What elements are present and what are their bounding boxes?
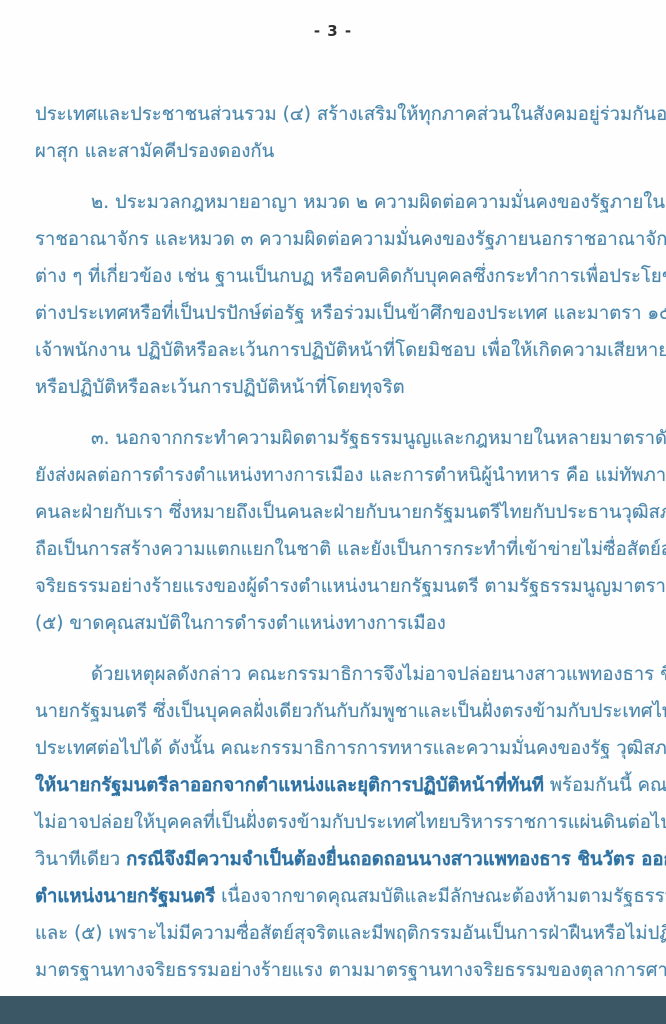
page-number: - 3 - bbox=[0, 22, 666, 40]
text-line: ๒. ประมวลกฎหมายอาญา หมวด ๒ ความผิดต่อควา… bbox=[35, 184, 640, 221]
bottom-bar bbox=[0, 996, 666, 1024]
document-body: ประเทศและประชาชนส่วนรวม (๔) สร้างเสริมให… bbox=[35, 96, 640, 1003]
text-segment: ผาสุก และสามัคคีปรองดองกัน bbox=[35, 141, 274, 162]
text-segment: นายกรัฐมนตรี ซึ่งเป็นบุคคลฝั่งเดียวกันกั… bbox=[35, 701, 666, 722]
text-line: และ (๕) เพราะไม่มีความซื่อสัตย์สุจริตและ… bbox=[35, 915, 640, 952]
text-line: มาตรฐานทางจริยธรรมอย่างร้ายแรง ตามมาตรฐา… bbox=[35, 952, 640, 989]
text-segment: ๓. นอกจากกระทำความผิดตามรัฐธรรมนูญและกฎห… bbox=[91, 428, 666, 449]
text-segment: เนื่องจากขาดคุณสมบัติและมีลักษณะต้องห้าม… bbox=[215, 886, 666, 907]
text-line: คนละฝ่ายกับเรา ซึ่งหมายถึงเป็นคนละฝ่ายกั… bbox=[35, 494, 640, 531]
text-line: ตำแหน่งนายกรัฐมนตรี เนื่องจากขาดคุณสมบัต… bbox=[35, 878, 640, 915]
text-line: (๕) ขาดคุณสมบัติในการดำรงตำแหน่งทางการเม… bbox=[35, 605, 640, 642]
text-line: นายกรัฐมนตรี ซึ่งเป็นบุคคลฝั่งเดียวกันกั… bbox=[35, 693, 640, 730]
text-segment: ๒. ประมวลกฎหมายอาญา หมวด ๒ ความผิดต่อควา… bbox=[91, 192, 665, 213]
text-segment: หรือปฏิบัติหรือละเว้นการปฏิบัติหน้าที่โด… bbox=[35, 377, 405, 398]
text-line: หรือปฏิบัติหรือละเว้นการปฏิบัติหน้าที่โด… bbox=[35, 369, 640, 406]
text-line: ผาสุก และสามัคคีปรองดองกัน bbox=[35, 133, 640, 170]
bold-text-segment: ตำแหน่งนายกรัฐมนตรี bbox=[35, 886, 215, 907]
text-segment: ด้วยเหตุผลดังกล่าว คณะกรรมาธิการจึงไม่อา… bbox=[91, 664, 666, 685]
text-line: ราชอาณาจักร และหมวด ๓ ความผิดต่อความมั่น… bbox=[35, 221, 640, 258]
text-segment: ยังส่งผลต่อการดำรงตำแหน่งทางการเมือง และ… bbox=[35, 465, 666, 486]
text-segment: มาตรฐานทางจริยธรรมอย่างร้ายแรง ตามมาตรฐา… bbox=[35, 960, 666, 981]
text-line: ให้นายกรัฐมนตรีลาออกจากตำแหน่งและยุติการ… bbox=[35, 767, 640, 804]
text-line: ถือเป็นการสร้างความแตกแยกในชาติ และยังเป… bbox=[35, 531, 640, 568]
text-segment: วินาทีเดียว bbox=[35, 849, 126, 870]
text-line: ด้วยเหตุผลดังกล่าว คณะกรรมาธิการจึงไม่อา… bbox=[35, 656, 640, 693]
text-line: ต่าง ๆ ที่เกี่ยวข้อง เช่น ฐานเป็นกบฏ หรื… bbox=[35, 258, 640, 295]
paragraph: ด้วยเหตุผลดังกล่าว คณะกรรมาธิการจึงไม่อา… bbox=[35, 656, 640, 989]
text-segment: เจ้าพนักงาน ปฏิบัติหรือละเว้นการปฏิบัติห… bbox=[35, 340, 666, 361]
text-segment: (๕) ขาดคุณสมบัติในการดำรงตำแหน่งทางการเม… bbox=[35, 613, 446, 634]
text-line: เจ้าพนักงาน ปฏิบัติหรือละเว้นการปฏิบัติห… bbox=[35, 332, 640, 369]
text-line: ประเทศและประชาชนส่วนรวม (๔) สร้างเสริมให… bbox=[35, 96, 640, 133]
text-segment: ถือเป็นการสร้างความแตกแยกในชาติ และยังเป… bbox=[35, 539, 666, 560]
bold-text-segment: ให้นายกรัฐมนตรีลาออกจากตำแหน่งและยุติการ… bbox=[35, 775, 544, 796]
text-segment: และ (๕) เพราะไม่มีความซื่อสัตย์สุจริตและ… bbox=[35, 923, 666, 944]
text-segment: ประเทศและประชาชนส่วนรวม (๔) สร้างเสริมให… bbox=[35, 104, 666, 125]
bold-text-segment: กรณีจึงมีความจำเป็นต้องยื่นถอดถอนนางสาวแ… bbox=[126, 849, 666, 870]
text-segment: ต่างประเทศหรือที่เป็นปรปักษ์ต่อรัฐ หรือร… bbox=[35, 303, 666, 324]
text-segment: ต่าง ๆ ที่เกี่ยวข้อง เช่น ฐานเป็นกบฏ หรื… bbox=[35, 266, 666, 287]
paragraph: ๓. นอกจากกระทำความผิดตามรัฐธรรมนูญและกฎห… bbox=[35, 420, 640, 642]
text-line: ยังส่งผลต่อการดำรงตำแหน่งทางการเมือง และ… bbox=[35, 457, 640, 494]
text-segment: ไม่อาจปล่อยให้บุคคลที่เป็นฝั่งตรงข้ามกับ… bbox=[35, 812, 666, 833]
paragraph: ๒. ประมวลกฎหมายอาญา หมวด ๒ ความผิดต่อควา… bbox=[35, 184, 640, 406]
text-line: ไม่อาจปล่อยให้บุคคลที่เป็นฝั่งตรงข้ามกับ… bbox=[35, 804, 640, 841]
paragraph: ประเทศและประชาชนส่วนรวม (๔) สร้างเสริมให… bbox=[35, 96, 640, 170]
text-segment: จริยธรรมอย่างร้ายแรงของผู้ดำรงตำแหน่งนาย… bbox=[35, 576, 666, 597]
text-segment: พร้อมกันนี้ คณะกรรมาธิการ bbox=[544, 775, 666, 796]
text-segment: ราชอาณาจักร และหมวด ๓ ความผิดต่อความมั่น… bbox=[35, 229, 666, 250]
text-segment: คนละฝ่ายกับเรา ซึ่งหมายถึงเป็นคนละฝ่ายกั… bbox=[35, 502, 666, 523]
document-page: - 3 - ประเทศและประชาชนส่วนรวม (๔) สร้างเ… bbox=[0, 0, 666, 1024]
text-line: ต่างประเทศหรือที่เป็นปรปักษ์ต่อรัฐ หรือร… bbox=[35, 295, 640, 332]
text-line: จริยธรรมอย่างร้ายแรงของผู้ดำรงตำแหน่งนาย… bbox=[35, 568, 640, 605]
text-line: ๓. นอกจากกระทำความผิดตามรัฐธรรมนูญและกฎห… bbox=[35, 420, 640, 457]
text-segment: ประเทศต่อไปได้ ดังนั้น คณะกรรมาธิการการท… bbox=[35, 738, 666, 759]
text-line: วินาทีเดียว กรณีจึงมีความจำเป็นต้องยื่นถ… bbox=[35, 841, 640, 878]
text-line: ประเทศต่อไปได้ ดังนั้น คณะกรรมาธิการการท… bbox=[35, 730, 640, 767]
